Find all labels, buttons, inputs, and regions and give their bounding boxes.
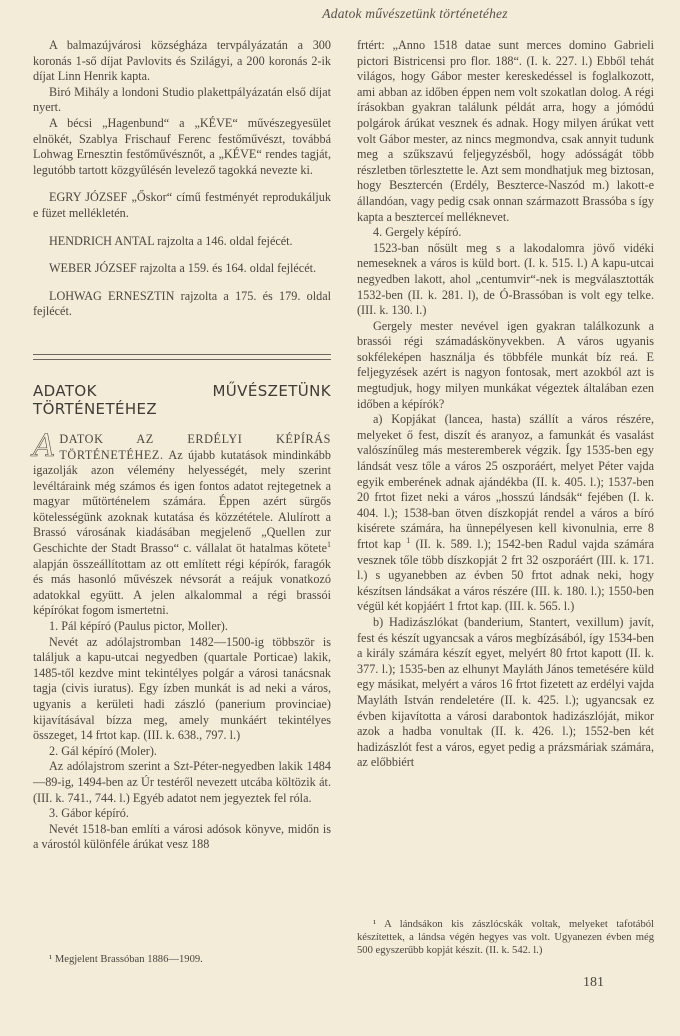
credit-paragraph: EGRY JÓZSEF „Őskor“ című festményét repr… [33, 190, 331, 221]
notice-paragraph: Biró Mihály a londoni Studio plakettpály… [33, 85, 331, 116]
drop-cap: A [33, 433, 55, 460]
left-column: A balmazújvárosi községháza tervpályázat… [33, 38, 331, 853]
entry-paragraph: Nevét az adólajstromban 1482—1500-ig töb… [33, 635, 331, 744]
page-number: 181 [583, 975, 604, 991]
footnote-left: ¹ Megjelent Brassóban 1886—1909. [33, 953, 331, 966]
book-page: Adatok művészetünk történetéhez A balmaz… [0, 0, 680, 1036]
entry-paragraph: 1523-ban nősült meg s a lakodalomra jövő… [357, 241, 654, 319]
intro-text: Az újabb kutatások mindinkább igazolják … [33, 448, 331, 556]
entry-heading: 2. Gál képíró (Moler). [33, 744, 331, 760]
intro-text-after: alapján összeállítottam az ott említett … [33, 557, 331, 618]
credit-paragraph: HENDRICH ANTAL rajzolta a 146. oldal fej… [33, 234, 331, 250]
section-divider-top [33, 354, 331, 355]
entry-heading: 3. Gábor képíró. [33, 806, 331, 822]
intro-paragraph: ADATOK AZ ERDÉLYI KÉPÍRÁS TÖRTÉNETÉHEZ. … [33, 432, 331, 619]
footnote-right: ¹ A lándsákon kis zászlócskák voltak, me… [357, 918, 654, 957]
entry-heading: 4. Gergely képíró. [357, 225, 654, 241]
section-title: ADATOK MŰVÉSZETÜNK TÖRTÉNETÉHEZ [33, 382, 331, 418]
running-head: Adatok művészetünk történetéhez [0, 6, 680, 22]
notice-paragraph: A bécsi „Hagenbund“ a „KÉVE“ művészegyes… [33, 116, 331, 178]
credit-paragraph: WEBER JÓZSEF rajzolta a 159. és 164. old… [33, 261, 331, 277]
entry-paragraph: Az adólajstrom szerint a Szt-Péter-negye… [33, 759, 331, 806]
footnote-ref[interactable]: 1 [327, 540, 331, 549]
entry-paragraph-a: a) Kopjákat (lancea, hasta) szállít a vá… [357, 412, 654, 615]
entry-paragraph: Nevét 1518-ban említi a városi adósok kö… [33, 822, 331, 853]
entry-paragraph: frtért: „Anno 1518 datae sunt merces dom… [357, 38, 654, 225]
right-column: frtért: „Anno 1518 datae sunt merces dom… [357, 38, 654, 771]
entry-paragraph: Gergely mester nevével igen gyakran talá… [357, 319, 654, 413]
entry-heading: 1. Pál képíró (Paulus pictor, Moller). [33, 619, 331, 635]
spacer [33, 320, 331, 354]
credit-paragraph: LOHWAG ERNESZTIN rajzolta a 175. és 179.… [33, 289, 331, 320]
section-divider-bottom [33, 359, 331, 360]
para-a-text-after: (II. k. 589. l.); 1542-ben Radul vajda s… [357, 537, 654, 613]
notice-paragraph: A balmazújvárosi községháza tervpályázat… [33, 38, 331, 85]
para-a-text: a) Kopjákat (lancea, hasta) szállít a vá… [357, 412, 654, 551]
entry-paragraph-b: b) Hadizászlókat (banderium, Stantert, v… [357, 615, 654, 771]
